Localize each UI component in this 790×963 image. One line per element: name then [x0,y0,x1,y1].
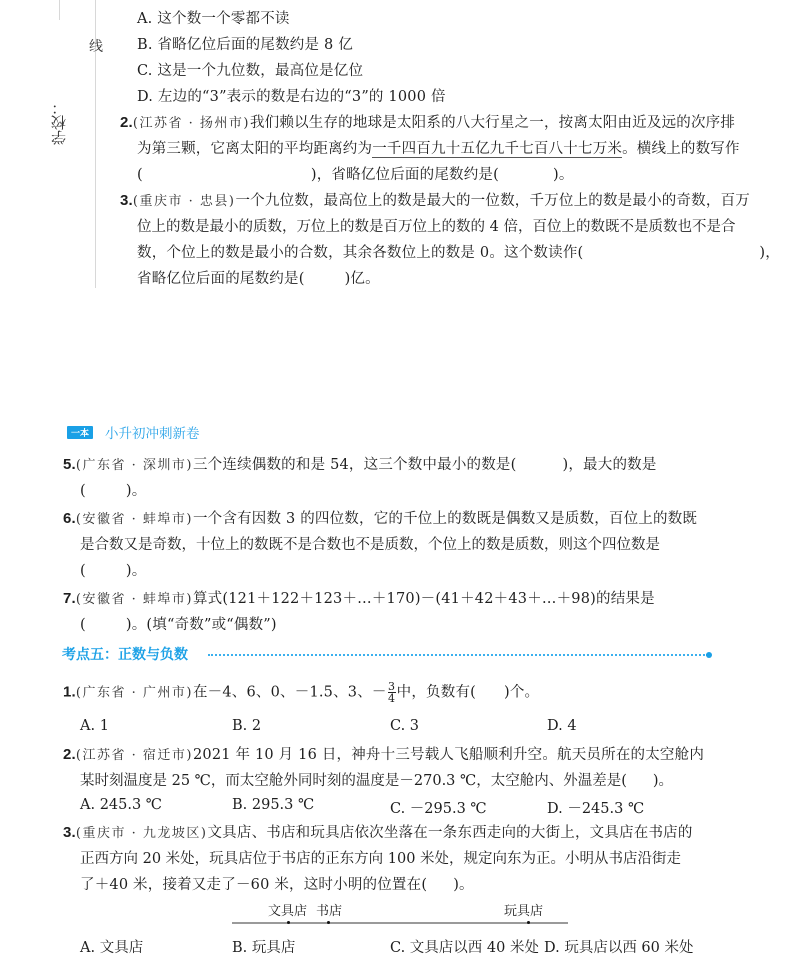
question-text: 。横线上的数写作 [622,141,740,157]
question-source: (安徽省 · 蚌埠市) [76,512,193,527]
question-number: 7. [63,590,76,607]
question-text: 某时刻温度是 25 ℃，而太空舱外同时刻的温度是－270.3 ℃，太空舱内、外温… [80,773,627,789]
question-3-bottom: 3.(重庆市 · 九龙坡区)文具店、书店和玩具店依次坐落在一条东西走向的大街上，… [63,823,693,844]
q2-option-d[interactable]: D. －245.3 ℃ [547,797,644,818]
street-diagram: 文具店 书店 玩具店 [232,900,572,930]
q3-option-d[interactable]: D. 玩具店以西 60 米处 [544,936,694,957]
point-bookstore-icon [327,921,330,924]
question-text: )亿。 [345,271,380,287]
question-number: 1. [63,684,76,701]
question-number: 5. [63,456,76,473]
question-6-line3: ()。 [80,561,146,581]
question-text: 中，负数有( [397,685,476,701]
question-number: 3. [63,824,76,841]
question-text: 算式(121＋122＋123＋…＋170)－(41＋42＋43＋…＋98)的结果… [193,591,655,607]
question-text: )。 [453,877,474,893]
question-source: (广东省 · 广州市) [76,686,193,701]
answer-blank-open: ( [80,563,86,579]
question-source: (广东省 · 深圳市) [76,458,193,473]
question-6: 6.(安徽省 · 蚌埠市)一个含有因数 3 的四位数，它的千位上的数既是偶数又是… [63,509,697,530]
question-source: (江苏省 · 扬州市) [133,116,250,131]
question-text: )，省略亿位后面的尾数约是( [311,167,499,183]
point-stationery-icon [287,921,290,924]
diagram-label-bookstore: 书店 [316,900,342,919]
question-text: 省略亿位后面的尾数约是( [137,271,305,287]
q2-option-a[interactable]: A. 245.3 ℃ [80,797,162,813]
question-2-line2: 某时刻温度是 25 ℃，而太空舱外同时刻的温度是－270.3 ℃，太空舱内、外温… [80,771,673,791]
binding-line-label: 线 [89,36,103,56]
question-text: )。 [553,167,574,183]
question-1-bottom: 1.(广东省 · 广州市)在－4、6、0、－1.5、3、－34中，负数有()个。 [63,681,539,704]
school-label: 学校： [48,100,69,145]
question-number: 2. [120,114,133,131]
question-text: )个。 [504,685,539,701]
q2-option-c[interactable]: C. －295.3 ℃ [390,797,487,818]
q1-option-c: C. 这是一个九位数，最高位是亿位 [137,61,363,81]
question-text: 三个连续偶数的和是 54，这三个数中最小的数是( [193,457,517,473]
diagram-label-stationery: 文具店 [268,900,307,919]
q2-option-b[interactable]: B. 295.3 ℃ [232,797,314,813]
binding-margin-line-top [59,0,60,20]
q1-option-c[interactable]: C. 3 [390,718,419,734]
question-2-bottom: 2.(江苏省 · 宿迁市)2021 年 10 月 16 日，神舟十三号载人飞船顺… [63,745,704,766]
question-source: (重庆市 · 九龙坡区) [76,826,208,841]
q1-option-a[interactable]: A. 1 [80,718,109,734]
answer-blank-open: ( [80,617,86,633]
brand-header: 一本 小升初冲刺新卷 [67,422,200,442]
question-7-line2: ()。(填“奇数”或“偶数”) [80,615,277,635]
question-3-line3: 数，个位上的数是最小的合数，其余各数位上的数是 0。这个数读作()， [137,243,780,263]
brand-title: 小升初冲刺新卷 [105,422,200,442]
question-3-line3: 了＋40 米，接着又走了－60 米，这时小明的位置在()。 [80,875,474,895]
question-text: )。(填“奇数”或“偶数”) [126,617,277,633]
section-dotted-rule [208,654,708,656]
answer-blank-open: ( [80,483,86,499]
question-3-top: 3.(重庆市 · 忠县)一个九位数，最高位上的数是最大的一位数，千万位上的数是最… [120,191,750,212]
question-text: 了＋40 米，接着又走了－60 米，这时小明的位置在( [80,877,427,893]
q1-option-d: D. 左边的“3”表示的数是右边的“3”的 1000 倍 [137,87,446,107]
q1-option-d[interactable]: D. 4 [547,718,577,734]
question-text: )。 [126,563,147,579]
question-text: 一个含有因数 3 的四位数，它的千位上的数既是偶数又是质数，百位上的数既 [193,511,697,527]
fraction-numerator: 3 [388,681,395,692]
q1-option-b: B. 省略亿位后面的尾数约是 8 亿 [137,35,353,55]
question-number: 2. [63,746,76,763]
q3-option-b[interactable]: B. 玩具店 [232,936,295,957]
question-text: )，最大的数是 [562,457,656,473]
answer-blank-open: ( [137,167,143,183]
question-3-line2: 正西方向 20 米处，玩具店位于书店的正东方向 100 米处，规定向东为正。小明… [80,849,681,869]
question-source: (安徽省 · 蚌埠市) [76,592,193,607]
question-text: 数，个位上的数是最小的合数，其余各数位上的数是 0。这个数读作( [137,245,583,261]
question-text: 在－4、6、0、－1.5、3、－ [193,685,387,701]
question-7: 7.(安徽省 · 蚌埠市)算式(121＋122＋123＋…＋170)－(41＋4… [63,589,655,610]
section-title: 考点五：正数与负数 [62,644,188,664]
question-6-line2: 是合数又是奇数，十位上的数既不是合数也不是质数，个位上的数是质数，则这个四位数是 [80,535,660,555]
underlined-number-text: 一千四百九十五亿九千七百八十七万米 [372,141,622,158]
fraction: 34 [388,681,396,704]
question-2-line3: ()，省略亿位后面的尾数约是()。 [137,165,574,185]
question-text: 文具店、书店和玩具店依次坐落在一条东西走向的大街上，文具店在书店的 [207,825,692,841]
fraction-denominator: 4 [388,693,395,704]
q3-option-c[interactable]: C. 文具店以西 40 米处 [390,936,539,957]
question-number: 3. [120,192,133,209]
question-number: 6. [63,510,76,527]
question-text: 一个九位数，最高位上的数是最大的一位数，千万位上的数是最小的奇数，百万 [235,193,750,209]
question-text: 我们赖以生存的地球是太阳系的八大行星之一，按离太阳由近及远的次序排 [250,115,735,131]
question-2-top: 2.(江苏省 · 扬州市)我们赖以生存的地球是太阳系的八大行星之一，按离太阳由近… [120,113,735,134]
question-source: (重庆市 · 忠县) [133,194,236,209]
q1-option-b[interactable]: B. 2 [232,718,261,734]
brand-logo-icon: 一本 [67,426,93,439]
question-text: )。 [126,483,147,499]
question-text: )。 [653,773,673,789]
question-2-line2: 为第三颗，它离太阳的平均距离约为一千四百九十五亿九千七百八十七万米。横线上的数写… [137,139,740,159]
diagram-label-toystore: 玩具店 [504,900,543,919]
question-5-line2: ()。 [80,481,146,501]
question-5: 5.(广东省 · 深圳市)三个连续偶数的和是 54，这三个数中最小的数是()，最… [63,455,657,476]
q1-option-a: A. 这个数一个零都不读 [137,9,290,29]
question-text: )， [759,245,780,261]
question-3-line2: 位上的数是最小的质数，万位上的数是百万位上的数的 4 倍，百位上的数既不是质数也… [137,217,735,237]
question-3-line4: 省略亿位后面的尾数约是()亿。 [137,269,380,289]
q3-option-a[interactable]: A. 文具店 [80,936,143,957]
point-toystore-icon [527,921,530,924]
street-line [232,922,568,924]
question-text: 为第三颗，它离太阳的平均距离约为 [137,141,372,157]
section-end-dot-icon [706,652,712,658]
question-source: (江苏省 · 宿迁市) [76,748,193,763]
section-header: 考点五：正数与负数 [62,644,712,664]
question-text: 2021 年 10 月 16 日，神舟十三号载人飞船顺利升空。航天员所在的太空舱… [193,747,704,763]
